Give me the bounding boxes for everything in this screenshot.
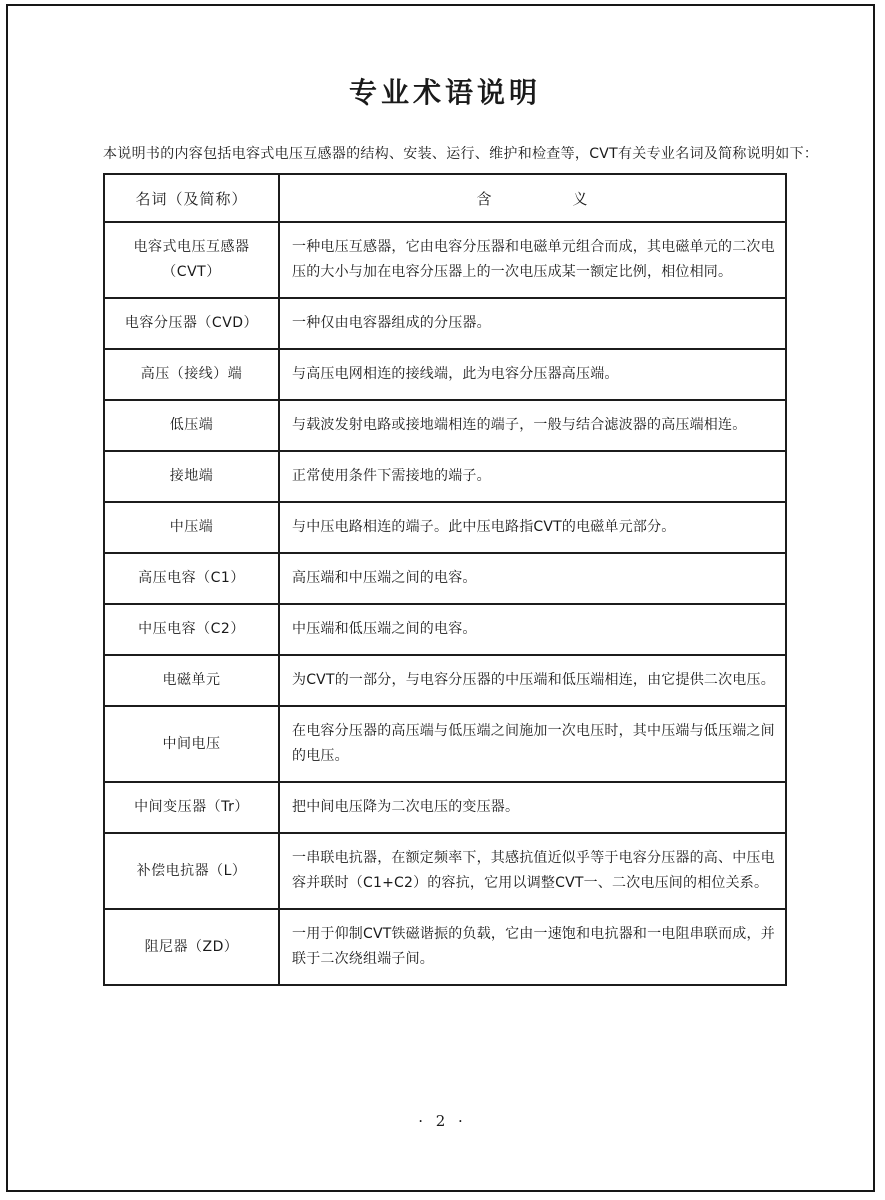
meaning-cell: 与中压电路相连的端子。此中压电路指CVT的电磁单元部分。 xyxy=(279,502,786,553)
term-cell: 中间电压 xyxy=(104,706,279,782)
table-row: 阻尼器（ZD）一用于仰制CVT铁磁谐振的负载，它由一速饱和电抗器和一电阻串联而成… xyxy=(104,909,786,985)
term-cell: 低压端 xyxy=(104,400,279,451)
terms-table-body: 电容式电压互感器（CVT）一种电压互感器，它由电容分压器和电磁单元组合而成，其电… xyxy=(104,222,786,985)
table-header-row: 名词（及简称） 含 义 xyxy=(104,174,786,222)
table-row: 电磁单元为CVT的一部分，与电容分压器的中压端和低压端相连，由它提供二次电压。 xyxy=(104,655,786,706)
meaning-cell: 把中间电压降为二次电压的变压器。 xyxy=(279,782,786,833)
meaning-cell: 一用于仰制CVT铁磁谐振的负载，它由一速饱和电抗器和一电阻串联而成，并联于二次绕… xyxy=(279,909,786,985)
meaning-cell: 一种电压互感器，它由电容分压器和电磁单元组合而成，其电磁单元的二次电压的大小与加… xyxy=(279,222,786,298)
table-row: 中间变压器（Tr）把中间电压降为二次电压的变压器。 xyxy=(104,782,786,833)
table-row: 电容分压器（CVD）一种仅由电容器组成的分压器。 xyxy=(104,298,786,349)
intro-paragraph: 本说明书的内容包括电容式电压互感器的结构、安装、运行、维护和检查等，CVT有关专… xyxy=(103,144,787,164)
col-header-meaning: 含 义 xyxy=(279,174,786,222)
table-row: 中间电压在电容分压器的高压端与低压端之间施加一次电压时，其中压端与低压端之间的电… xyxy=(104,706,786,782)
terms-table: 名词（及简称） 含 义 电容式电压互感器（CVT）一种电压互感器，它由电容分压器… xyxy=(103,173,787,986)
term-cell: 电容式电压互感器（CVT） xyxy=(104,222,279,298)
table-row: 高压电容（C1）高压端和中压端之间的电容。 xyxy=(104,553,786,604)
document-content: 专业术语说明 本说明书的内容包括电容式电压互感器的结构、安装、运行、维护和检查等… xyxy=(103,0,787,986)
meaning-cell: 一种仅由电容器组成的分压器。 xyxy=(279,298,786,349)
meaning-cell: 与高压电网相连的接线端，此为电容分压器高压端。 xyxy=(279,349,786,400)
table-row: 补偿电抗器（L）一串联电抗器，在额定频率下，其感抗值近似乎等于电容分压器的高、中… xyxy=(104,833,786,909)
term-cell: 接地端 xyxy=(104,451,279,502)
table-row: 低压端与载波发射电路或接地端相连的端子，一般与结合滤波器的高压端相连。 xyxy=(104,400,786,451)
meaning-cell: 为CVT的一部分，与电容分压器的中压端和低压端相连，由它提供二次电压。 xyxy=(279,655,786,706)
page-title: 专业术语说明 xyxy=(103,76,787,110)
table-row: 接地端正常使用条件下需接地的端子。 xyxy=(104,451,786,502)
table-row: 电容式电压互感器（CVT）一种电压互感器，它由电容分压器和电磁单元组合而成，其电… xyxy=(104,222,786,298)
meaning-cell: 正常使用条件下需接地的端子。 xyxy=(279,451,786,502)
meaning-cell: 在电容分压器的高压端与低压端之间施加一次电压时，其中压端与低压端之间的电压。 xyxy=(279,706,786,782)
col-header-term: 名词（及简称） xyxy=(104,174,279,222)
term-cell: 中间变压器（Tr） xyxy=(104,782,279,833)
table-row: 高压（接线）端与高压电网相连的接线端，此为电容分压器高压端。 xyxy=(104,349,786,400)
term-cell: 阻尼器（ZD） xyxy=(104,909,279,985)
term-cell: 电磁单元 xyxy=(104,655,279,706)
page-number: · 2 · xyxy=(0,1112,885,1130)
meaning-cell: 与载波发射电路或接地端相连的端子，一般与结合滤波器的高压端相连。 xyxy=(279,400,786,451)
table-row: 中压电容（C2）中压端和低压端之间的电容。 xyxy=(104,604,786,655)
term-cell: 补偿电抗器（L） xyxy=(104,833,279,909)
term-cell: 中压端 xyxy=(104,502,279,553)
meaning-cell: 中压端和低压端之间的电容。 xyxy=(279,604,786,655)
meaning-cell: 高压端和中压端之间的电容。 xyxy=(279,553,786,604)
table-row: 中压端与中压电路相连的端子。此中压电路指CVT的电磁单元部分。 xyxy=(104,502,786,553)
term-cell: 电容分压器（CVD） xyxy=(104,298,279,349)
meaning-cell: 一串联电抗器，在额定频率下，其感抗值近似乎等于电容分压器的高、中压电容并联时（C… xyxy=(279,833,786,909)
term-cell: 中压电容（C2） xyxy=(104,604,279,655)
term-cell: 高压电容（C1） xyxy=(104,553,279,604)
term-cell: 高压（接线）端 xyxy=(104,349,279,400)
